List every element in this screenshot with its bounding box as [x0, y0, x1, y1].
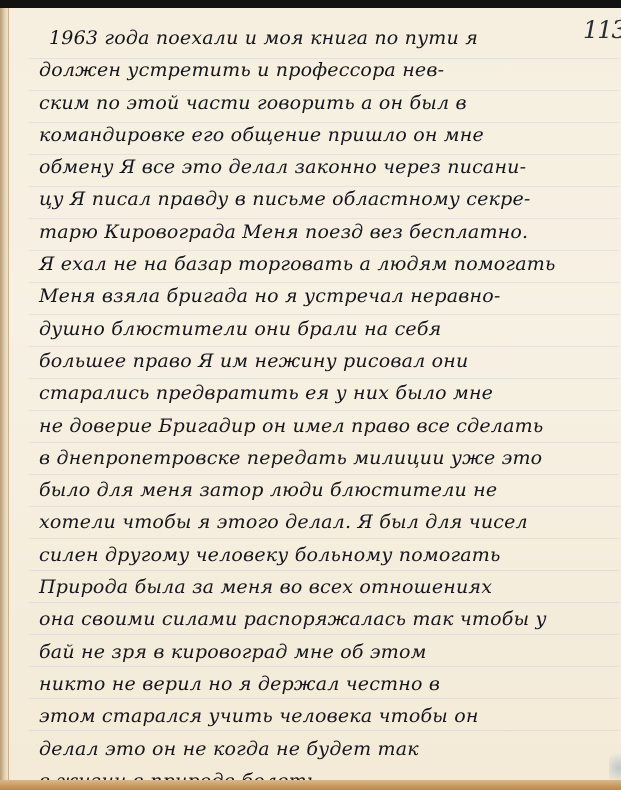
notebook-page: 113 1963 года поехали и моя книга по пут…	[9, 8, 621, 780]
scan-top-border	[0, 0, 621, 8]
text-line: она своими силами распоряжалась так чтоб…	[39, 603, 619, 635]
text-line: бай не зря в кировоград мне об этом	[39, 636, 619, 668]
text-line: командировке его общение пришло он мне	[39, 119, 619, 151]
notebook-spine	[0, 8, 9, 790]
text-line: Природа была за меня во всех отношениях	[39, 571, 619, 603]
text-line: хотели чтобы я этого делал. Я был для чи…	[39, 506, 619, 538]
text-line: этом старался учить человека чтобы он	[39, 700, 619, 732]
text-line: делал это он не когда не будет так	[39, 733, 619, 765]
text-line: не доверие Бригадир он имел право все сд…	[39, 410, 619, 442]
text-line: Меня взяла бригада но я устречал неравно…	[39, 280, 619, 312]
text-line: никто не верил но я держал честно в	[39, 668, 619, 700]
notebook-scan: 113 1963 года поехали и моя книга по пут…	[0, 0, 621, 790]
text-line: большее право Я им нежину рисовал они	[39, 345, 619, 377]
text-line: душно блюстители они брали на себя	[39, 313, 619, 345]
text-line: обмену Я все это делал законно через пис…	[39, 151, 619, 183]
text-line: в днепропетровске передать милиции уже э…	[39, 442, 619, 474]
text-line: должен устретить и профессора нев-	[39, 54, 619, 86]
page-bottom-edge	[0, 780, 621, 790]
text-line: Я ехал не на базар торговать а людям пом…	[39, 248, 619, 280]
text-line: было для меня затор люди блюстители не	[39, 474, 619, 506]
text-line: силен другому человеку больному помогать	[39, 539, 619, 571]
text-line: 1963 года поехали и моя книга по пути я	[39, 22, 619, 54]
text-line: старались предвратить ея у них было мне	[39, 377, 619, 409]
text-line: цу Я писал правду в письме областному се…	[39, 183, 619, 215]
text-line: ским по этой части говорить а он был в	[39, 87, 619, 119]
handwritten-text: 1963 года поехали и моя книга по пути я …	[39, 22, 619, 790]
text-line: тарю Кировограда Меня поезд вез бесплатн…	[39, 216, 619, 248]
